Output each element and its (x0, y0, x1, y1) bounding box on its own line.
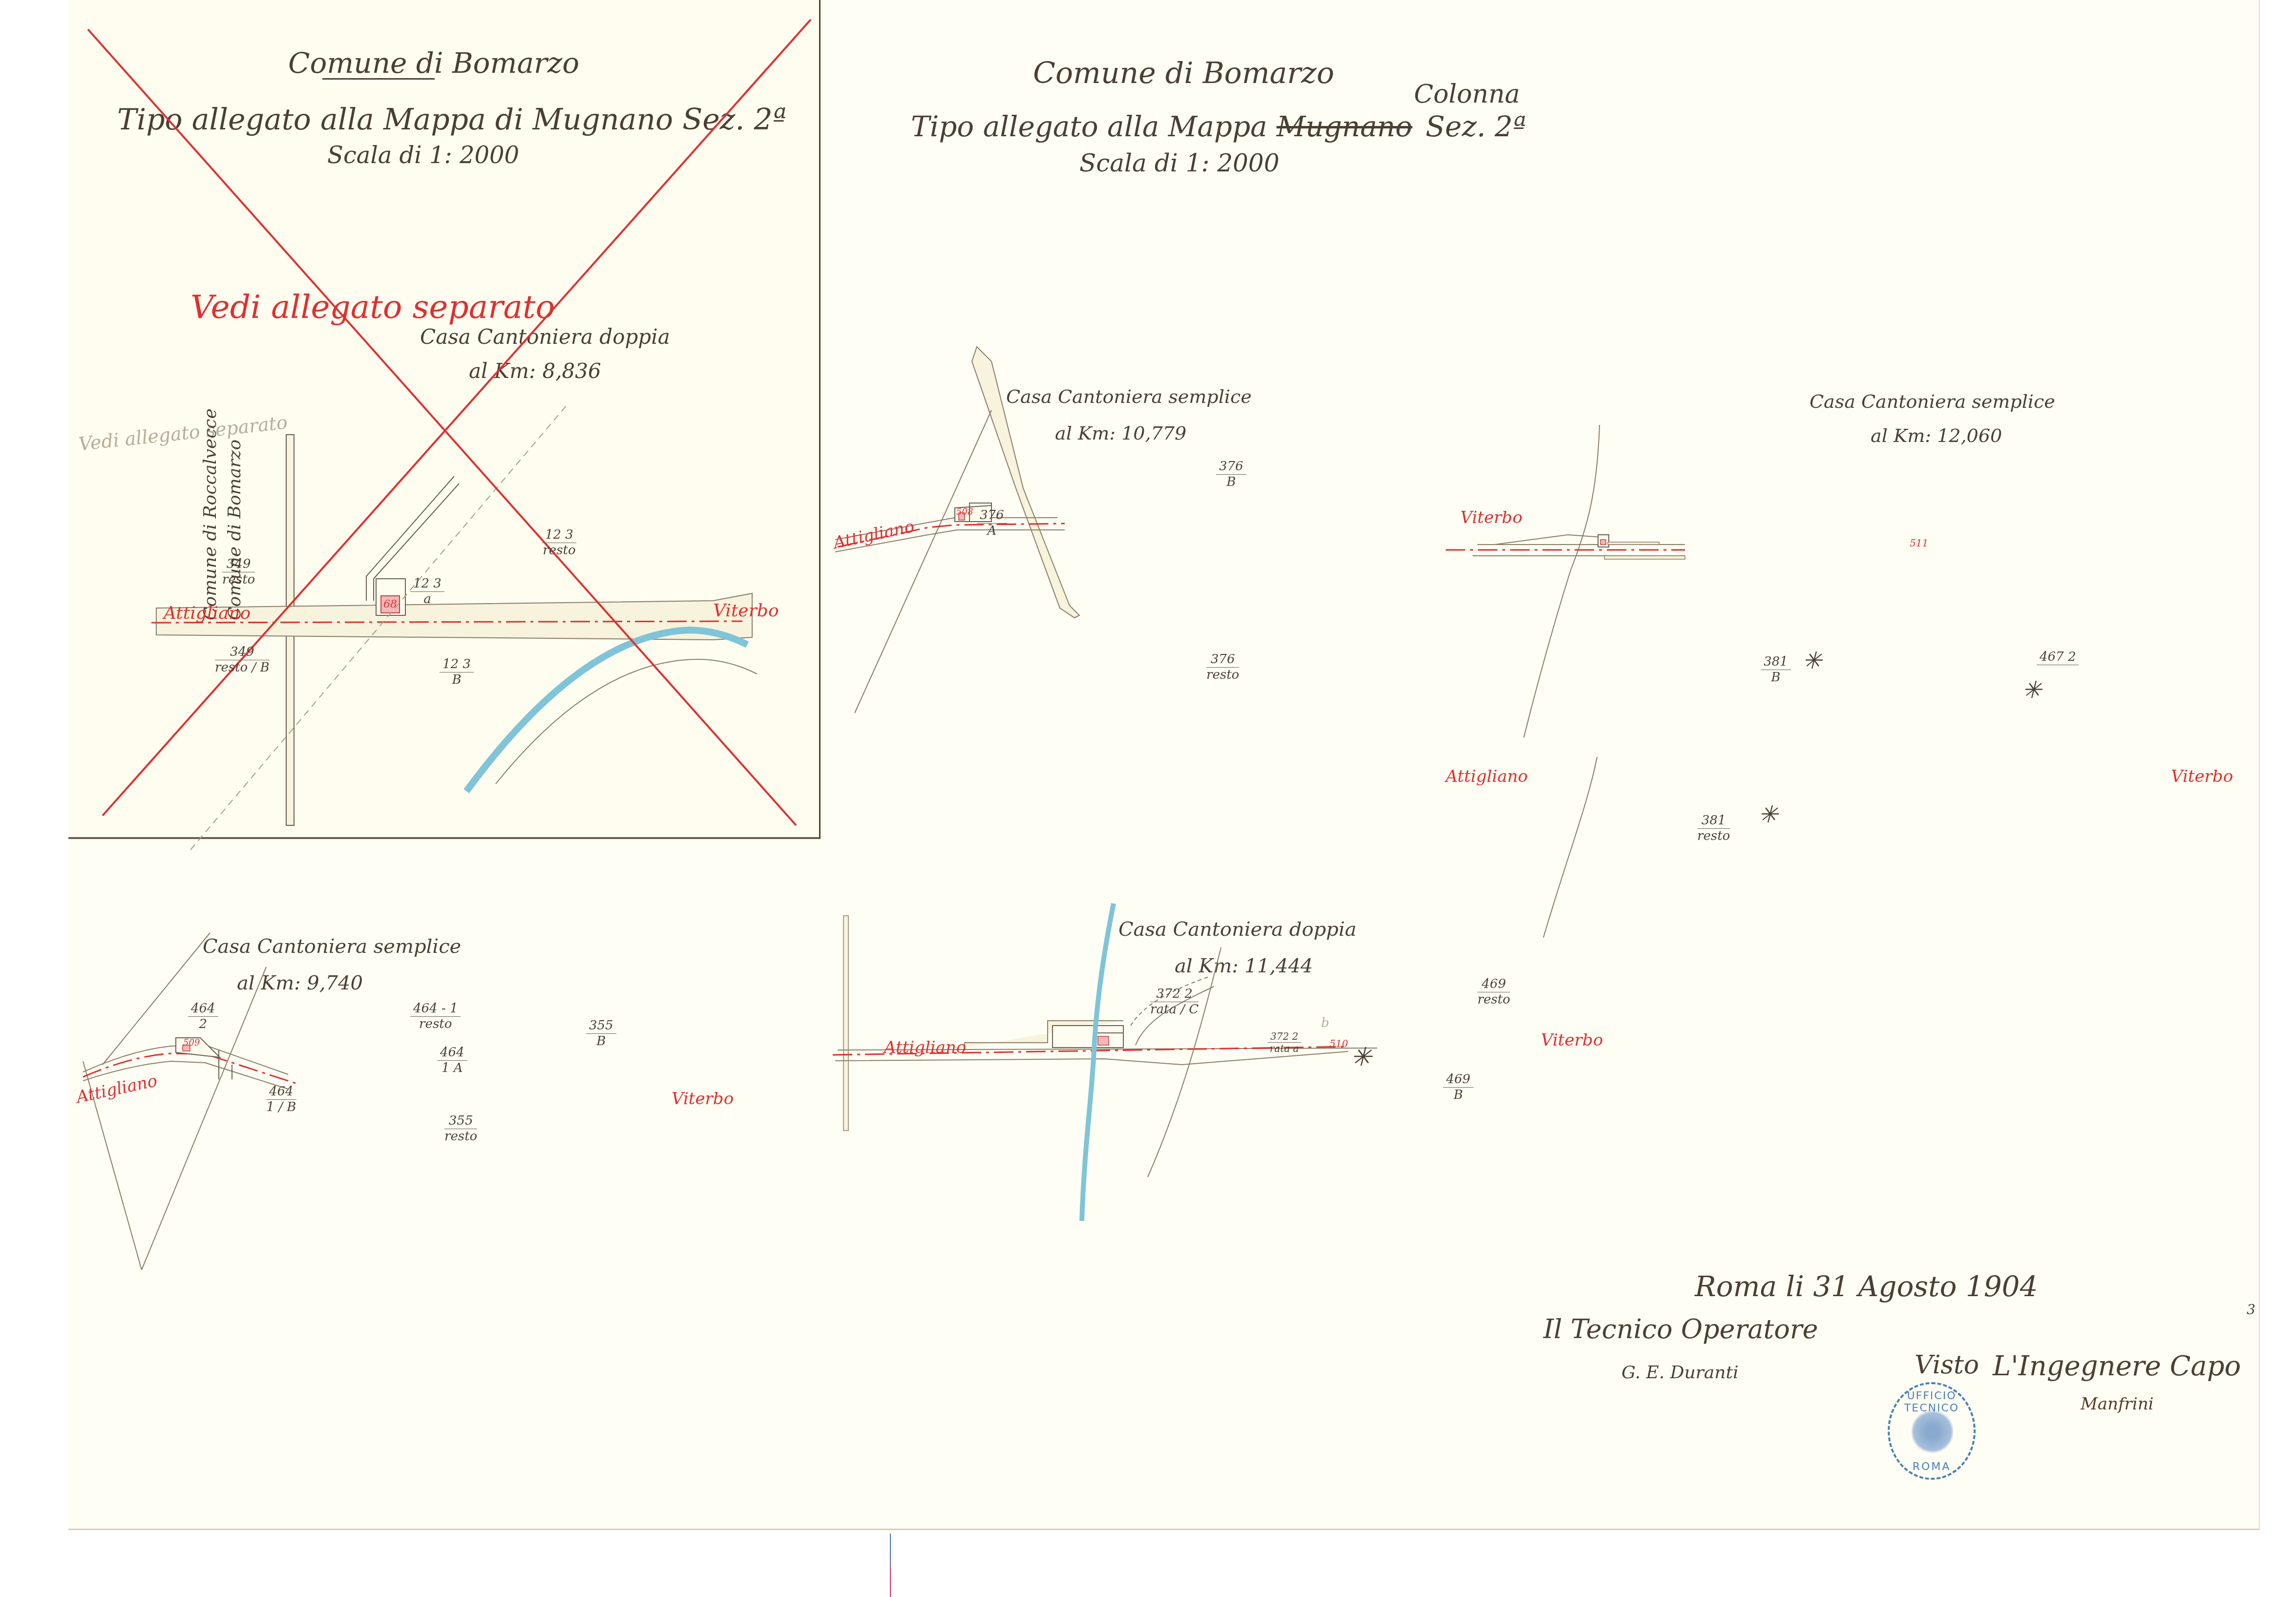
parcel-label: 381resto (1697, 813, 1730, 844)
boundary-label-right: Comune di Bomarzo (225, 440, 245, 620)
header-comune: Comune di Bomarzo (1033, 56, 1334, 90)
footer-engineer-title: L'Ingegnere Capo (1993, 1350, 2241, 1382)
panel-12060-house-number: 511 (1910, 537, 1928, 549)
house-number-68: 68 (383, 598, 397, 610)
panel-9740-drawing (73, 904, 806, 1343)
footer-operator-signature: G. E. Duranti (1622, 1363, 1738, 1383)
parcel-label: 469resto (1477, 977, 1510, 1008)
parcel-label: 4641 A (437, 1045, 467, 1076)
parcel-label: 12 3a (410, 576, 444, 607)
scan-marker-line (890, 1534, 891, 1597)
page-mark: 3 (2247, 1302, 2255, 1318)
tree-symbol: ✳ (1758, 801, 1778, 828)
header-sezione: Sez. 2ª (1426, 110, 1526, 143)
coat-of-arms-icon (1912, 1408, 1953, 1455)
panel-11444-drawing (830, 904, 1636, 1392)
road-label-attigliano: Attigliano (164, 603, 251, 623)
parcel-label: 372 2rata a (1267, 1030, 1301, 1054)
panel-11444-road-viterbo: Viterbo (1541, 1030, 1603, 1050)
panel-11444-road-attigliano: Attigliano (884, 1038, 966, 1057)
boundary-label-left: Comune di Roccalvecce (200, 408, 220, 620)
header-tipo-prefix: Tipo allegato alla Mappa (911, 110, 1267, 143)
parcel-label-b: b (1321, 1016, 1329, 1030)
footer-visto: Visto (1915, 1350, 1979, 1380)
stamp-bottom-text: ROMA (1890, 1461, 1974, 1473)
cancelled-panel: Comune di Bomarzo Tipo allegato alla Map… (68, 0, 821, 839)
parcel-label: 12 3resto (542, 527, 576, 558)
header-mappa-correction: Colonna (1414, 80, 1520, 109)
parcel-label: 376resto (1206, 652, 1239, 683)
parcel-label: 349resto (222, 557, 255, 588)
footer-engineer-signature: Manfrini (2081, 1394, 2153, 1414)
tree-symbol: ✳ (1350, 1043, 1372, 1072)
footer-operator-title: Il Tecnico Operatore (1543, 1314, 1818, 1345)
parcel-label: 355resto (444, 1114, 477, 1144)
tree-symbol: ✳ (2022, 676, 2042, 704)
parcel-label: 4641 / B (266, 1084, 296, 1115)
panel-11444-house-number: 510 (1329, 1038, 1348, 1050)
road-label-viterbo: Viterbo (713, 601, 779, 621)
parcel-label: 12 3B (440, 657, 474, 688)
parcel-label: 464 - 1resto (410, 1001, 461, 1032)
parcel-label: 467 2 (2037, 650, 2079, 665)
header-tipo-line: Tipo allegato alla Mappa Mugnano Colonna… (911, 110, 1526, 143)
panel-12060-drawing (1441, 366, 2222, 928)
header-mappa-struck: Mugnano (1277, 110, 1412, 143)
parcel-label: 381B (1761, 654, 1791, 685)
parcel-label: 349resto / B (215, 645, 270, 675)
parcel-label: 372 2rata / C (1150, 987, 1199, 1017)
panel-12060-road-attigliano: Attigliano (1446, 767, 1528, 786)
tree-symbol: ✳ (1802, 647, 1822, 674)
cancelled-map-drawing (68, 0, 821, 839)
parcel-label: 469B (1443, 1072, 1474, 1103)
panel-9740-house-number: 509 (183, 1038, 200, 1048)
office-stamp: UFFICIO TECNICO ROMA (1888, 1382, 1976, 1480)
panel-9740-road-viterbo: Viterbo (672, 1089, 734, 1109)
footer-date: Roma li 31 Agosto 1904 (1695, 1270, 2038, 1303)
panel-12060-road-viterbo: Viterbo (2171, 767, 2233, 786)
panel-10779-house-number: 508 (956, 507, 973, 517)
parcel-label: 355B (586, 1018, 616, 1049)
parcel-label: 376A (977, 508, 1007, 539)
header-scala: Scala di 1: 2000 (1079, 149, 1279, 177)
parcel-label: 376B (1216, 459, 1246, 490)
parcel-label: 4642 (188, 1001, 218, 1032)
